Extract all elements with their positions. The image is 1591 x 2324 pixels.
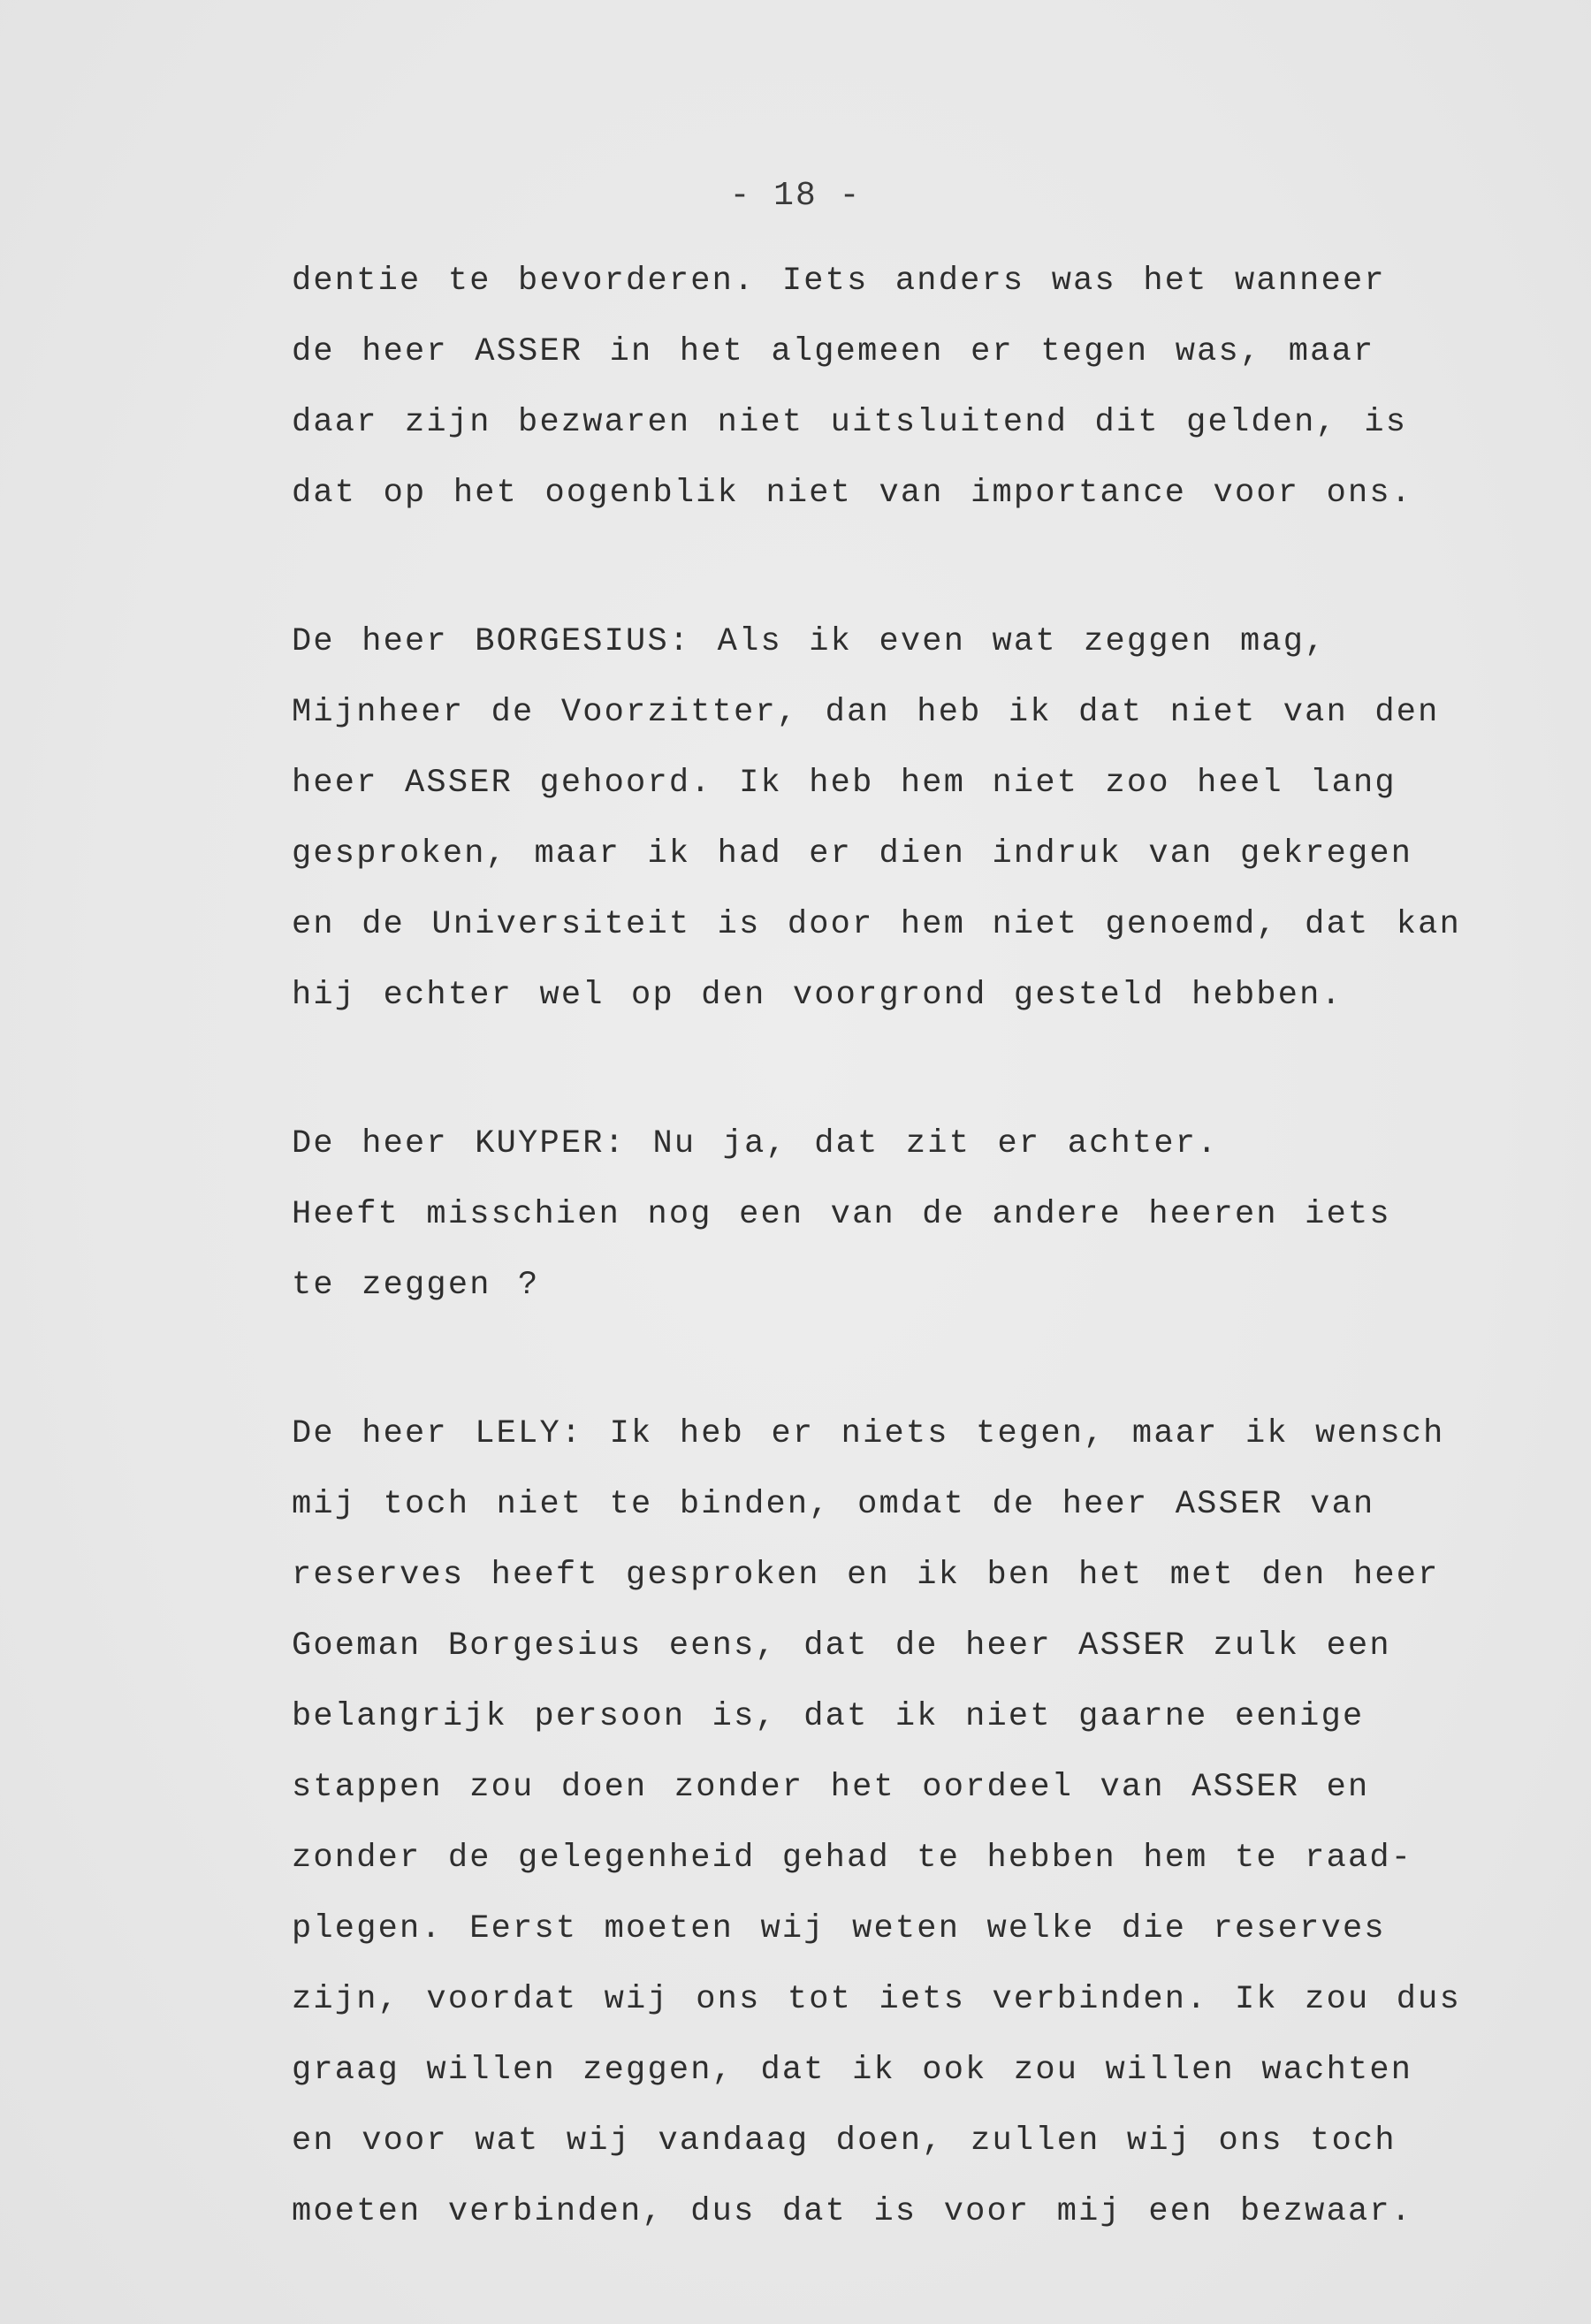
document-body: dentie te bevorderen. Iets anders was he… — [292, 246, 1441, 2324]
text-line: De heer LELY: Ik heb er niets tegen, maa… — [292, 1398, 1441, 1469]
text-line: dentie te bevorderen. Iets anders was he… — [292, 246, 1441, 316]
text-line: dat op het oogenblik niet van importance… — [292, 458, 1441, 529]
text-line: en de Universiteit is door hem niet geno… — [292, 889, 1441, 960]
text-line: plegen. Eerst moeten wij weten welke die… — [292, 1893, 1441, 1964]
page-number: - 18 - — [0, 177, 1591, 215]
text-line: reserves heeft gesproken en ik ben het m… — [292, 1540, 1441, 1611]
text-line: De heer KUYPER: Nu ja, dat zit er achter… — [292, 1109, 1441, 1179]
text-line: en voor wat wij vandaag doen, zullen wij… — [292, 2106, 1441, 2176]
text-line: Mijnheer de Voorzitter, dan heb ik dat n… — [292, 677, 1441, 748]
text-line: te zeggen ? — [292, 1250, 1441, 1321]
text-line: zonder de gelegenheid gehad te hebben he… — [292, 1823, 1441, 1893]
paragraph-lely: De heer LELY: Ik heb er niets tegen, maa… — [292, 1398, 1441, 2247]
paragraph-continuation: dentie te bevorderen. Iets anders was he… — [292, 246, 1441, 529]
text-line: belangrijk persoon is, dat ik niet gaarn… — [292, 1681, 1441, 1752]
text-line: graag willen zeggen, dat ik ook zou will… — [292, 2035, 1441, 2106]
text-line: hij echter wel op den voorgrond gesteld … — [292, 960, 1441, 1031]
text-line: Goeman Borgesius eens, dat de heer ASSER… — [292, 1611, 1441, 1681]
text-line: Heeft misschien nog een van de andere he… — [292, 1179, 1441, 1250]
text-line: gesproken, maar ik had er dien indruk va… — [292, 819, 1441, 889]
paragraph-borgesius: De heer BORGESIUS: Als ik even wat zegge… — [292, 606, 1441, 1031]
text-line: mij toch niet te binden, omdat de heer A… — [292, 1469, 1441, 1540]
text-line: zijn, voordat wij ons tot iets verbinden… — [292, 1964, 1441, 2035]
document-page: - 18 - dentie te bevorderen. Iets anders… — [0, 0, 1591, 2324]
text-line: moeten verbinden, dus dat is voor mij ee… — [292, 2176, 1441, 2247]
text-line: de heer ASSER in het algemeen er tegen w… — [292, 316, 1441, 387]
paragraph-kuyper: De heer KUYPER: Nu ja, dat zit er achter… — [292, 1109, 1441, 1321]
text-line: De heer BORGESIUS: Als ik even wat zegge… — [292, 606, 1441, 677]
text-line: stappen zou doen zonder het oordeel van … — [292, 1752, 1441, 1823]
text-line: heer ASSER gehoord. Ik heb hem niet zoo … — [292, 748, 1441, 819]
text-line: daar zijn bezwaren niet uitsluitend dit … — [292, 387, 1441, 458]
